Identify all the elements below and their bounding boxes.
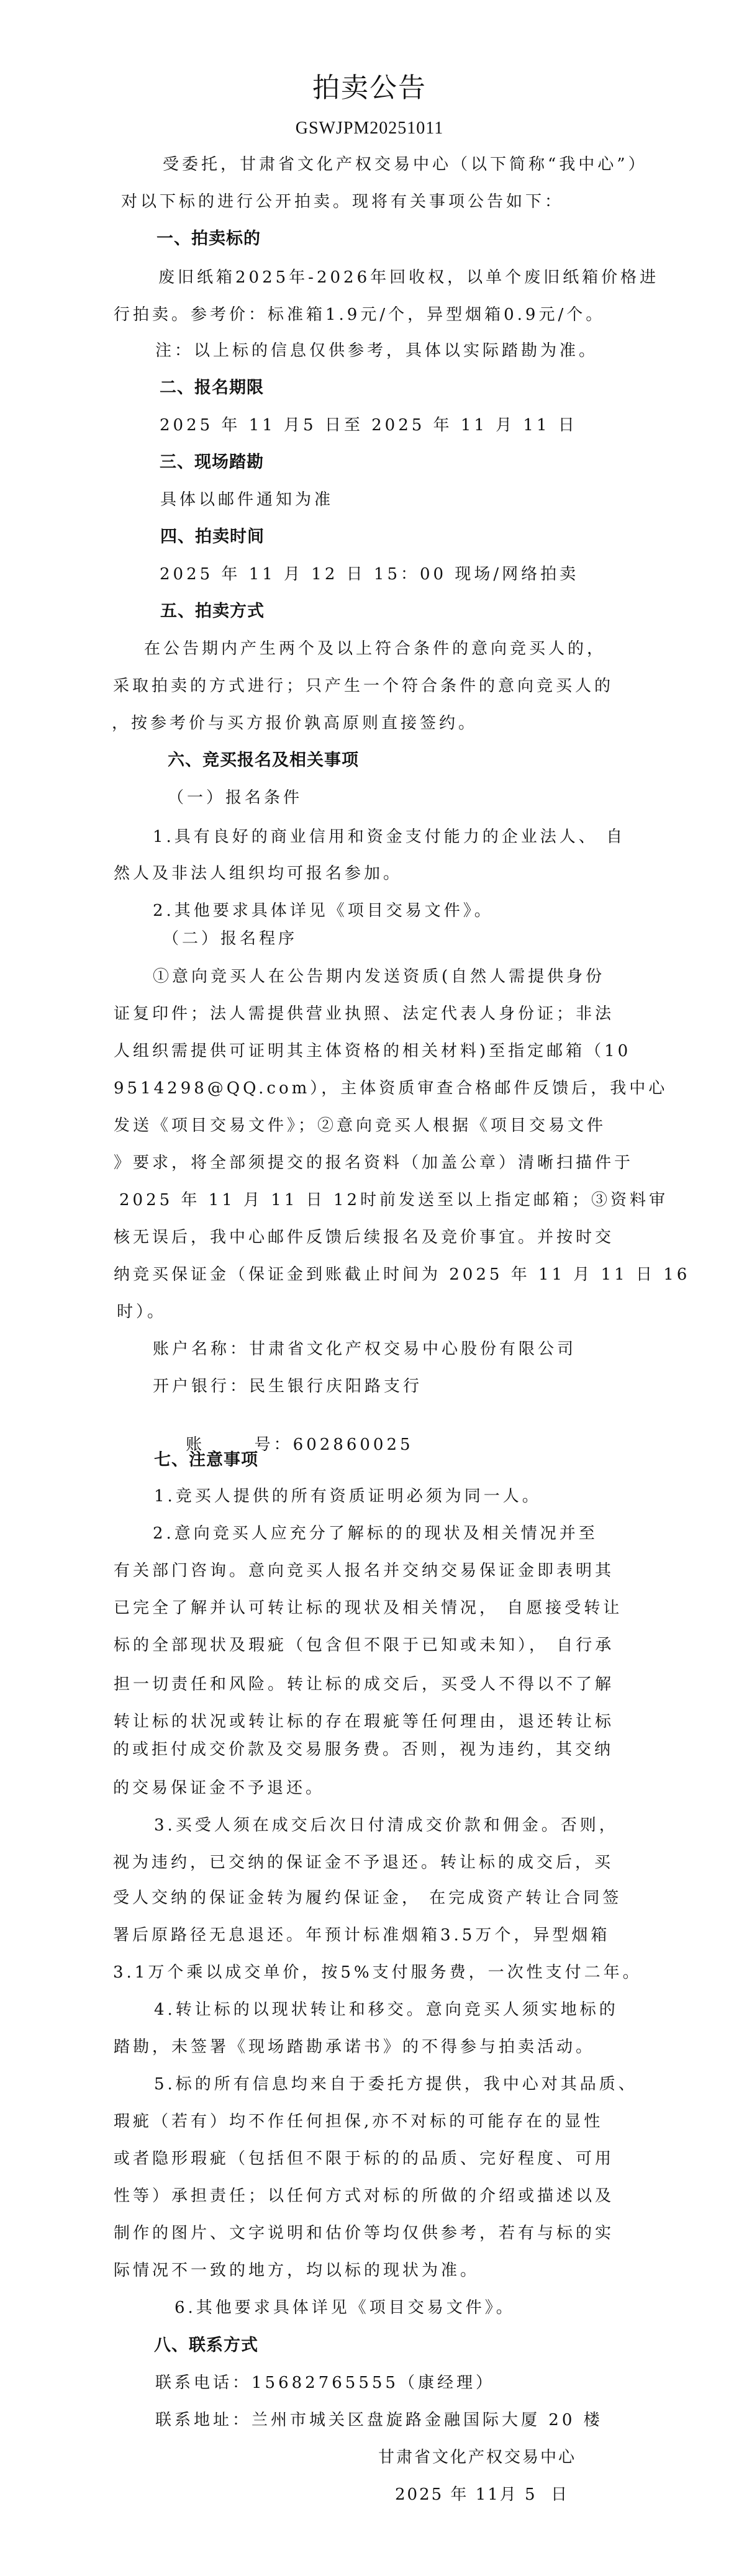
section-heading-auction-subject: 一、拍卖标的 [156, 228, 261, 250]
section-heading-auction-time: 四、拍卖时间 [160, 526, 265, 548]
paragraph-line: 发送《项目交易文件》；②意向竞买人根据《项目交易文件 [114, 1115, 606, 1136]
paragraph-line: 的交易保证金不予退还。 [113, 1778, 325, 1799]
bank-label: 开户银行： [153, 1377, 249, 1396]
paragraph-line: 已完全了解并认可转让标的现状及相关情况， 自愿接受转让 [114, 1598, 622, 1619]
paragraph-line: 人组织需提供可证明其主体资格的相关材料)至指定邮箱（10 [114, 1041, 631, 1062]
paragraph-line: 1.竞买人提供的所有资质证明必须为同一人。 [154, 1486, 542, 1507]
account-number-row: 账 号：602860025 [153, 1413, 414, 1434]
paragraph-line: 2025 年 11 月 11 日 12时前发送至以上指定邮箱；③资料审 [119, 1190, 668, 1211]
paragraph-line: 6.其他要求具体详见《项目交易文件》。 [175, 2297, 515, 2318]
paragraph-line: 3.1万个乘以成交单价，按5%支付服务费，一次性支付二年。 [113, 1962, 642, 1983]
paragraph-line: 受人交纳的保证金转为履约保证金， 在完成资产转让合同签 [113, 1887, 622, 1909]
paragraph-line: ，按参考价与买方报价孰高原则直接签约。 [112, 713, 478, 734]
paragraph-line: 纳竞买保证金（保证金到账截止时间为 2025 年 11 月 11 日 16 [114, 1264, 690, 1285]
subsection-heading-conditions: （一）报名条件 [168, 787, 302, 808]
paragraph-line: 》要求，将全部须提交的报名资料（加盖公章）清晰扫描件于 [114, 1152, 633, 1173]
account-number-value: 602860025 [293, 1435, 414, 1454]
paragraph-line: 4.转让标的以现状转让和移交。意向竞买人须实地标的 [154, 1999, 619, 2020]
paragraph-line: 踏勘，未签署《现场踏勘承诺书》的不得参与拍卖活动。 [114, 2036, 595, 2058]
section-heading-notes: 七、注意事项 [154, 1450, 258, 1471]
paragraph-line: 性等）承担责任；以任何方式对标的所做的介绍或描述以及 [114, 2185, 614, 2207]
account-name-value: 甘肃省文化产权交易中心股份有限公司 [249, 1340, 576, 1358]
contact-address-row: 联系地址：兰州市城关区盘旋路金融国际大厦 20 楼 [155, 2410, 603, 2431]
section-heading-registration-period: 二、报名期限 [160, 377, 264, 399]
paragraph-line: 署后原路径无息退还。年预计标准烟箱3.5万个，异型烟箱 [113, 1925, 610, 1946]
paragraph-line: 瑕疵（若有）均不作任何担保,亦不对标的可能存在的显性 [114, 2111, 603, 2132]
paragraph-line: 制作的图片、文字说明和估价等均仅供参考，若有与标的实 [114, 2223, 614, 2244]
bank-value: 民生银行庆阳路支行 [249, 1377, 422, 1396]
paragraph-line: 的或拒付成交价款及交易服务费。否则，视为违约，其交纳 [113, 1739, 614, 1760]
paragraph-line: 5.标的所有信息均来自于委托方提供，我中心对其品质、 [154, 2074, 638, 2095]
paragraph-line: 际情况不一致的地方，均以标的现状为准。 [114, 2260, 479, 2281]
subsection-heading-procedure: （二）报名程序 [163, 928, 297, 949]
bank-row: 开户银行：民生银行庆阳路支行 [153, 1376, 422, 1397]
signature-date: 2025 年 11月 5 日 [395, 2484, 569, 2505]
contact-phone-row: 联系电话：15682765555（康经理） [155, 2372, 495, 2393]
paragraph-line: 废旧纸箱2025年-2026年回收权，以单个废旧纸箱价格进 [158, 267, 659, 288]
intro-line-1: 受委托，甘肃省文化产权交易中心（以下简称“我中心”） [163, 154, 648, 175]
page-title: 拍卖公告 [0, 71, 739, 105]
paragraph-line: 证复印件；法人需提供营业执照、法定代表人身份证；非法 [114, 1003, 614, 1024]
intro-line-2: 对以下标的进行公开拍卖。现将有关事项公告如下： [121, 191, 564, 212]
paragraph-line: 3.买受人须在成交后次日付清成交价款和佣金。否则， [154, 1815, 619, 1836]
paragraph-line: 标的全部现状及瑕疵（包含但不限于已知或未知）， 自行承 [114, 1635, 614, 1656]
email-line: 9514298@QQ.com），主体资质审查合格邮件反馈后，我中心 [114, 1078, 668, 1099]
contact-phone-label: 联系电话： [155, 2374, 252, 2392]
account-name-label: 账户名称： [153, 1340, 249, 1358]
paragraph-line: 担一切责任和风险。转让标的成交后，买受人不得以不了解 [114, 1674, 614, 1695]
document-code: GSWJPM20251011 [0, 118, 739, 139]
section-heading-contact: 八、联系方式 [154, 2335, 258, 2356]
paragraph-line: 1.具有良好的商业信用和资金支付能力的企业法人、 自 [153, 826, 625, 847]
registration-period-value: 2025 年 11 月5 日至 2025 年 11 月 11 日 [160, 415, 578, 436]
note-line: 注：以上标的信息仅供参考，具体以实际踏勘为准。 [155, 340, 598, 361]
paragraph-line: 然人及非法人组织均可报名参加。 [114, 863, 402, 884]
paragraph-line: ①意向竞买人在公告期内发送资质(自然人需提供身份 [153, 966, 605, 987]
paragraph-line: 或者隐形瑕疵（包括但不限于标的的品质、完好程度、可用 [114, 2148, 614, 2169]
paragraph-line: 视为违约，已交纳的保证金不予退还。转让标的成交后，买 [113, 1852, 614, 1873]
section-heading-bidding-registration: 六、竞买报名及相关事项 [168, 750, 359, 771]
paragraph-line: 行拍卖。参考价：标准箱1.9元/个，异型烟箱0.9元/个。 [114, 304, 605, 325]
section-heading-site-inspection: 三、现场踏勘 [160, 452, 264, 473]
paragraph-line: 采取拍卖的方式进行；只产生一个符合条件的意向竞买人的 [113, 676, 614, 697]
paragraph-line: 核无误后，我中心邮件反馈后续报名及竞价事宜。并按时交 [114, 1227, 614, 1248]
auction-time-value: 2025 年 11 月 12 日 15：00 现场/网络拍卖 [160, 564, 579, 585]
paragraph-line: 在公告期内产生两个及以上符合条件的意向竞买人的， [144, 638, 606, 659]
site-inspection-value: 具体以邮件通知为准 [160, 489, 333, 510]
paragraph-line: 转让标的状况或转让标的存在瑕疵等任何理由，退还转让标 [114, 1711, 614, 1732]
signature-organization: 甘肃省文化产权交易中心 [378, 2447, 576, 2468]
contact-address-label: 联系地址： [155, 2411, 252, 2429]
paragraph-line: 2.意向竞买人应充分了解标的的现状及相关情况并至 [153, 1523, 598, 1544]
paragraph-line: 2.其他要求具体详见《项目交易文件》。 [153, 900, 494, 921]
section-heading-auction-method: 五、拍卖方式 [160, 601, 265, 622]
paragraph-line: 时）。 [117, 1301, 166, 1322]
contact-address-value: 兰州市城关区盘旋路金融国际大厦 20 楼 [252, 2411, 603, 2429]
account-name-row: 账户名称：甘肃省文化产权交易中心股份有限公司 [153, 1339, 576, 1360]
paragraph-line: 有关部门咨询。意向竞买人报名并交纳交易保证金即表明其 [114, 1560, 614, 1581]
contact-phone-value: 15682765555（康经理） [252, 2374, 495, 2392]
